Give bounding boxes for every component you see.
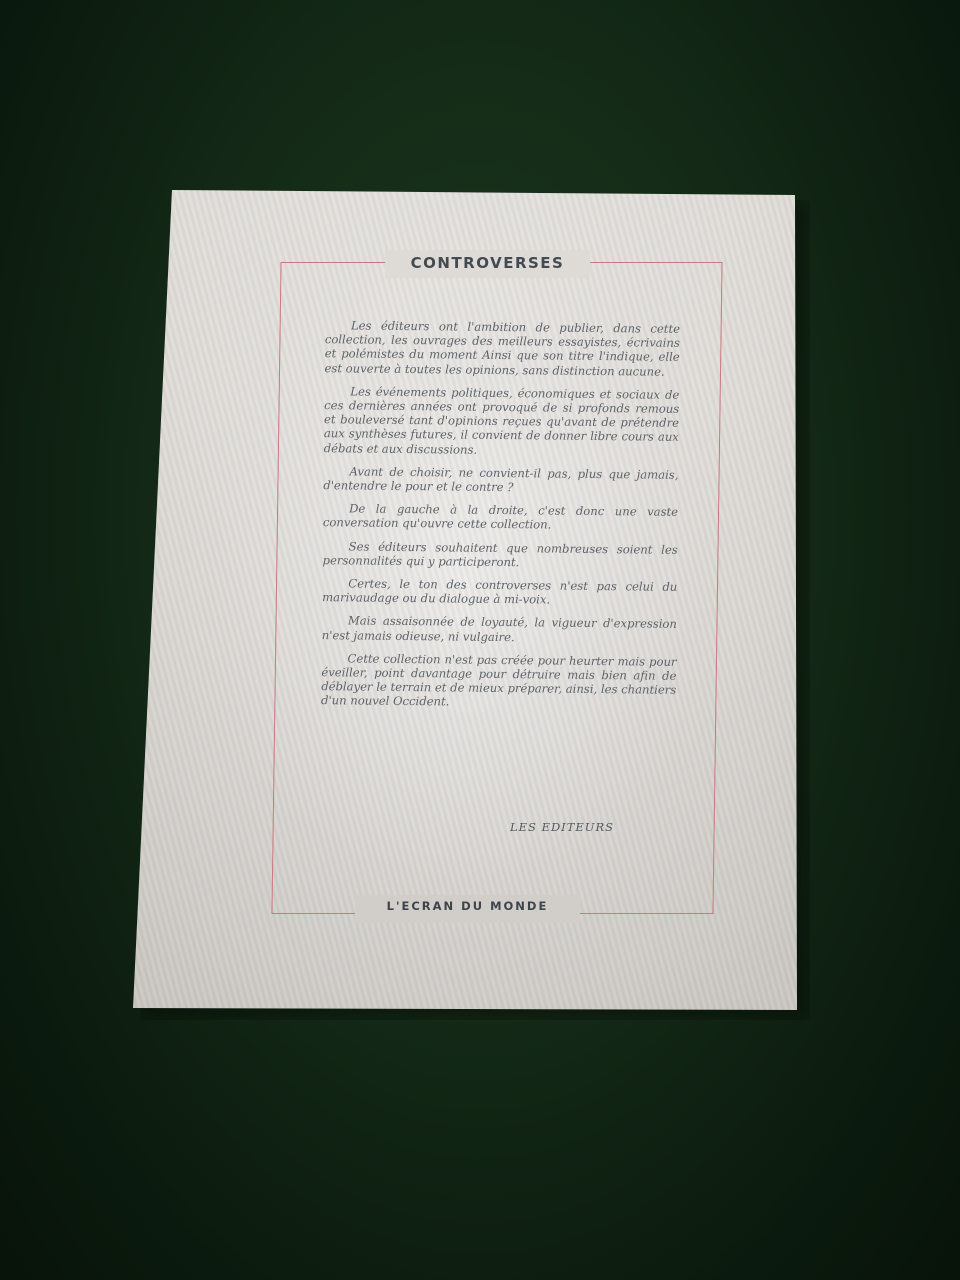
blurb-paragraph: Les éditeurs ont l'ambition de publier, … bbox=[325, 318, 681, 379]
blurb-paragraph: Les événements politiques, économiques e… bbox=[324, 384, 680, 459]
blurb-paragraph: De la gauche à la droite, c'est donc une… bbox=[323, 501, 678, 533]
publisher-name: L'ECRAN DU MONDE bbox=[355, 899, 580, 913]
signature: LES EDITEURS bbox=[510, 820, 614, 834]
blurb-paragraph: Cette collection n'est pas créée pour he… bbox=[321, 651, 677, 712]
cover-blurb: Les éditeurs ont l'ambition de publier, … bbox=[321, 318, 680, 720]
blurb-paragraph: Avant de choisir, ne convient-il pas, pl… bbox=[323, 464, 678, 496]
blurb-paragraph: Ses éditeurs souhaitent que nombreuses s… bbox=[322, 539, 677, 571]
blurb-paragraph: Mais assaisonnée de loyauté, la vigueur … bbox=[322, 614, 677, 646]
series-title: CONTROVERSES bbox=[385, 254, 590, 272]
blurb-paragraph: Certes, le ton des controverses n'est pa… bbox=[322, 576, 677, 608]
